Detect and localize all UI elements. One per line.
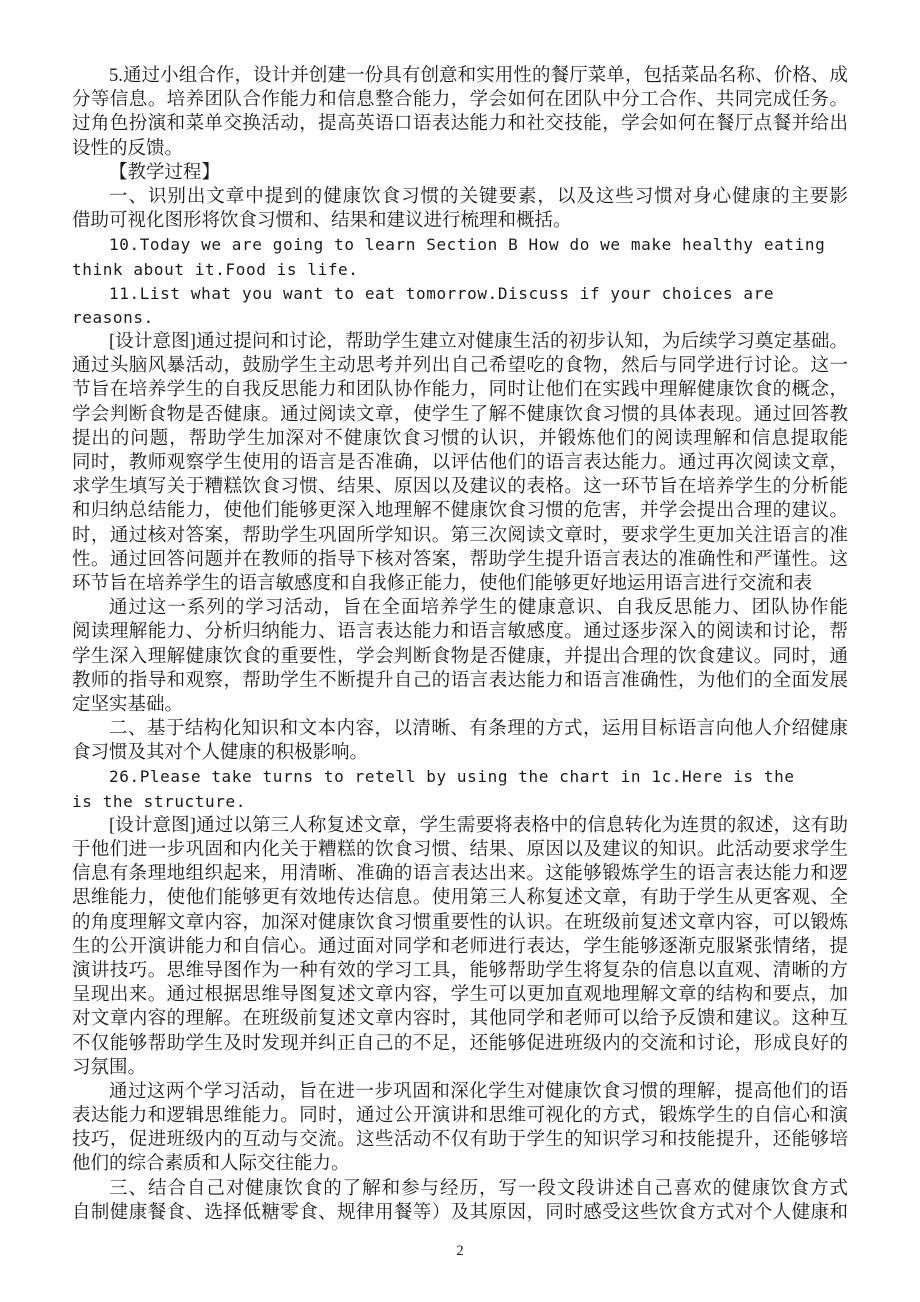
text-line: 一、识别出文章中提到的健康饮食习惯的关键要素，以及这些习惯对身心健康的主要影响， <box>72 185 848 209</box>
text-line: 于他们进一步巩固和内化关于糟糕的饮食习惯、结果、原因以及建议的知识。此活动要求学… <box>72 838 848 862</box>
page-number: 2 <box>0 1242 920 1260</box>
text-line: 食习惯及其对个人健康的积极影响。 <box>72 741 848 765</box>
text-line: 通过这一系列的学习活动，旨在全面培养学生的健康意识、自我反思能力、团队协作能力、 <box>72 596 848 620</box>
text-line: 信息有条理地组织起来，用清晰、准确的语言表达出来。这能够锻炼学生的语言表达能力和… <box>72 862 848 886</box>
text-line: 学生深入理解健康饮食的重要性，学会判断食物是否健康，并提出合理的饮食建议。同时，… <box>72 645 848 669</box>
text-line: 对文章内容的理解。在班级前复述文章内容时，其他同学和老师可以给予反馈和建议。这种… <box>72 1007 848 1031</box>
text-line: 5.通过小组合作，设计并创建一份具有创意和实用性的餐厅菜单，包括菜品名称、价格、… <box>72 64 848 88</box>
text-line: 阅读理解能力、分析归纳能力、语言表达能力和语言敏感度。通过逐步深入的阅读和讨论，… <box>72 620 848 644</box>
document-body: 5.通过小组合作，设计并创建一份具有创意和实用性的餐厅菜单，包括菜品名称、价格、… <box>72 64 848 1225</box>
text-line: 设性的反馈。 <box>72 137 848 161</box>
text-line: 11.List what you want to eat tomorrow.Di… <box>72 282 848 306</box>
text-line: 通过这两个学习活动，旨在进一步巩固和深化学生对健康饮食习惯的理解，提高他们的语言 <box>72 1080 848 1104</box>
text-line: 求学生填写关于糟糕饮食习惯、结果、原因以及建议的表格。这一环节旨在培养学生的分析… <box>72 475 848 499</box>
text-line: 教师的指导和观察，帮助学生不断提升自己的语言表达能力和语言准确性，为他们的全面发… <box>72 669 848 693</box>
text-line: 【教学过程】 <box>72 161 848 185</box>
text-line: 思维能力，使他们能够更有效地传达信息。使用第三人称复述文章，有助于学生从更客观、… <box>72 886 848 910</box>
text-line: 生的公开演讲能力和自信心。通过面对同学和老师进行表达，学生能够逐渐克服紧张情绪，… <box>72 935 848 959</box>
text-line: 过角色扮演和菜单交换活动，提高英语口语表达能力和社交技能，学会如何在餐厅点餐并给… <box>72 112 848 136</box>
text-line: 10.Today we are going to learn Section B… <box>72 233 848 257</box>
text-line: 他们的综合素质和人际交往能力。 <box>72 1152 848 1176</box>
text-line: 二、基于结构化知识和文本内容，以清晰、有条理的方式，运用目标语言向他人介绍健康饮 <box>72 717 848 741</box>
text-line: 技巧，促进班级内的互动与交流。这些活动不仅有助于学生的知识学习和技能提升，还能够… <box>72 1128 848 1152</box>
text-line: 26.Please take turns to retell by using … <box>72 765 848 789</box>
text-line: reasons. <box>72 306 848 330</box>
text-line: 三、结合自己对健康饮食的了解和参与经历，写一段文段讲述自己喜欢的健康饮食方式（如 <box>72 1177 848 1201</box>
text-line: [设计意图]通过提问和讨论，帮助学生建立对健康生活的初步认知，为后续学习奠定基础… <box>72 330 848 354</box>
text-line: 分等信息。培养团队合作能力和信息整合能力，学会如何在团队中分工合作、共同完成任务… <box>72 88 848 112</box>
text-line: 借助可视化图形将饮食习惯和、结果和建议进行梳理和概括。 <box>72 209 848 233</box>
text-line: think about it.Food is life. <box>72 258 848 282</box>
text-line: 环节旨在培养学生的语言敏感度和自我修正能力，使他们能够更好地运用语言进行交流和表… <box>72 572 848 596</box>
text-line: 通过头脑风暴活动，鼓励学生主动思考并列出自己希望吃的食物，然后与同学进行讨论。这… <box>72 354 848 378</box>
text-line: 时，通过核对答案，帮助学生巩固所学知识。第三次阅读文章时，要求学生更加关注语言的… <box>72 524 848 548</box>
text-line: 不仅能够帮助学生及时发现并纠正自己的不足，还能够促进班级内的交流和讨论，形成良好… <box>72 1032 848 1056</box>
text-line: 提出的问题，帮助学生加深对不健康饮食习惯的认识，并锻炼他们的阅读理解和信息提取能… <box>72 427 848 451</box>
text-line: 节旨在培养学生的自我反思能力和团队协作能力，同时让他们在实践中理解健康饮食的概念… <box>72 378 848 402</box>
text-line: [设计意图]通过以第三人称复述文章，学生需要将表格中的信息转化为连贯的叙述，这有… <box>72 814 848 838</box>
text-line: 呈现出来。通过根据思维导图复述文章内容，学生可以更加直观地理解文章的结构和要点，… <box>72 983 848 1007</box>
text-line: 和归纳总结能力，使他们能够更深入地理解不健康饮食习惯的危害，并学会提出合理的建议… <box>72 499 848 523</box>
text-line: 学会判断食物是否健康。通过阅读文章，使学生了解不健康饮食习惯的具体表现。通过回答… <box>72 403 848 427</box>
text-line: 自制健康餐食、选择低糖零食、规律用餐等）及其原因，同时感受这些饮食方式对个人健康… <box>72 1201 848 1225</box>
text-line: is the structure. <box>72 790 848 814</box>
text-line: 的角度理解文章内容，加深对健康饮食习惯重要性的认识。在班级前复述文章内容，可以锻… <box>72 911 848 935</box>
text-line: 演讲技巧。思维导图作为一种有效的学习工具，能够帮助学生将复杂的信息以直观、清晰的… <box>72 959 848 983</box>
text-line: 同时，教师观察学生使用的语言是否准确，以评估他们的语言表达能力。通过再次阅读文章… <box>72 451 848 475</box>
text-line: 习氛围。 <box>72 1056 848 1080</box>
text-line: 性。通过回答问题并在教师的指导下核对答案，帮助学生提升语言表达的准确性和严谨性。… <box>72 548 848 572</box>
document-page: 5.通过小组合作，设计并创建一份具有创意和实用性的餐厅菜单，包括菜品名称、价格、… <box>0 0 920 1302</box>
text-line: 表达能力和逻辑思维能力。同时，通过公开演讲和思维可视化的方式，锻炼学生的自信心和… <box>72 1104 848 1128</box>
text-line: 定坚实基础。 <box>72 693 848 717</box>
